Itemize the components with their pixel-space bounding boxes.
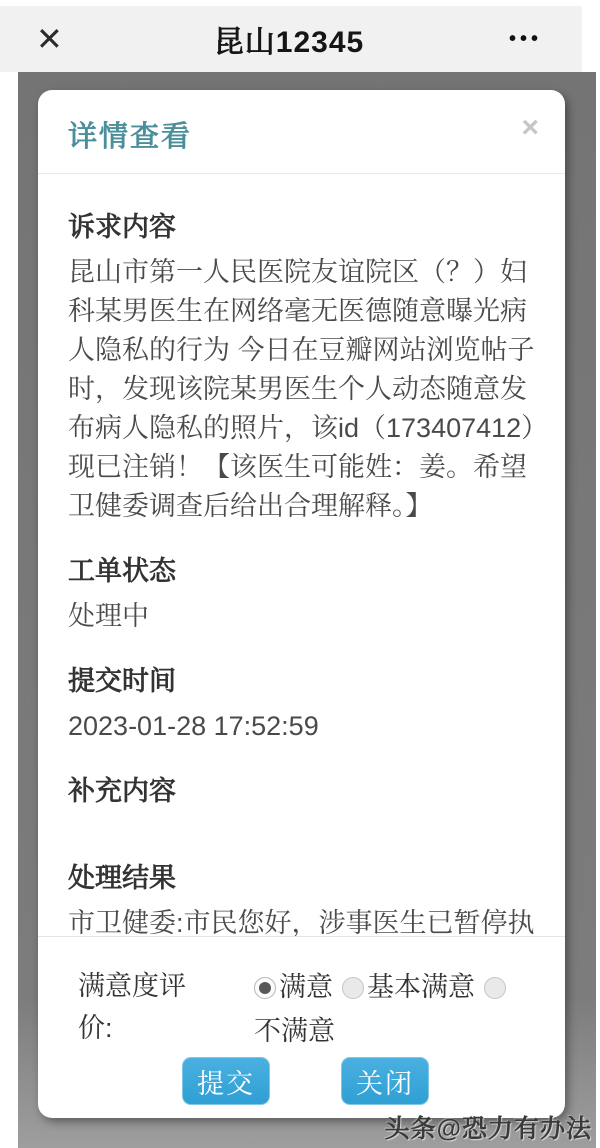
complaint-content-label: 诉求内容 <box>68 209 537 245</box>
ticket-status-value: 处理中 <box>68 597 537 636</box>
close-button[interactable]: 关闭 <box>341 1057 429 1105</box>
modal-body: 诉求内容 昆山市第一人民医院友谊院区（？）妇科某男医生在网络毫无医德随意曝光病人… <box>38 174 565 936</box>
radio-unsatisfied[interactable] <box>484 977 506 999</box>
submit-time-value: 2023-01-28 17:52:59 <box>68 707 537 746</box>
page-title: 昆山12345 <box>140 17 438 61</box>
radio-basically-satisfied-label[interactable]: 基本满意 <box>367 972 475 1002</box>
modal-title: 详情查看 <box>68 114 192 155</box>
supplement-label: 补充内容 <box>68 773 537 809</box>
titlebar: ✕ 昆山12345 ••• <box>0 6 582 72</box>
result-text: 市卫健委:市民您好，涉事医生已暂停执业，相关部门已启动调查。 <box>68 904 537 936</box>
close-webview-icon[interactable]: ✕ <box>36 23 63 55</box>
supplement-value <box>68 817 537 833</box>
submit-time-label: 提交时间 <box>68 663 537 699</box>
more-menu-icon[interactable]: ••• <box>509 28 542 51</box>
complaint-content-text: 昆山市第一人民医院友谊院区（？）妇科某男医生在网络毫无医德随意曝光病人隐私的行为… <box>68 253 537 526</box>
watermark-text: 头条@恐力有办法 <box>385 1109 592 1145</box>
ticket-status-label: 工单状态 <box>68 553 537 589</box>
submit-button[interactable]: 提交 <box>182 1057 270 1105</box>
modal-header: 详情查看 × <box>38 90 565 174</box>
radio-unsatisfied-label[interactable]: 不满意 <box>254 1016 335 1046</box>
modal-footer: 满意度评价: 满意基本满意不满意 提交 关闭 <box>38 936 565 1118</box>
result-label: 处理结果 <box>68 860 537 896</box>
detail-modal: 详情查看 × 诉求内容 昆山市第一人民医院友谊院区（？）妇科某男医生在网络毫无医… <box>38 90 565 1118</box>
radio-basically-satisfied[interactable] <box>342 977 364 999</box>
radio-satisfied[interactable] <box>254 977 276 999</box>
radio-satisfied-label[interactable]: 满意 <box>279 972 333 1002</box>
modal-close-icon[interactable]: × <box>521 114 539 141</box>
